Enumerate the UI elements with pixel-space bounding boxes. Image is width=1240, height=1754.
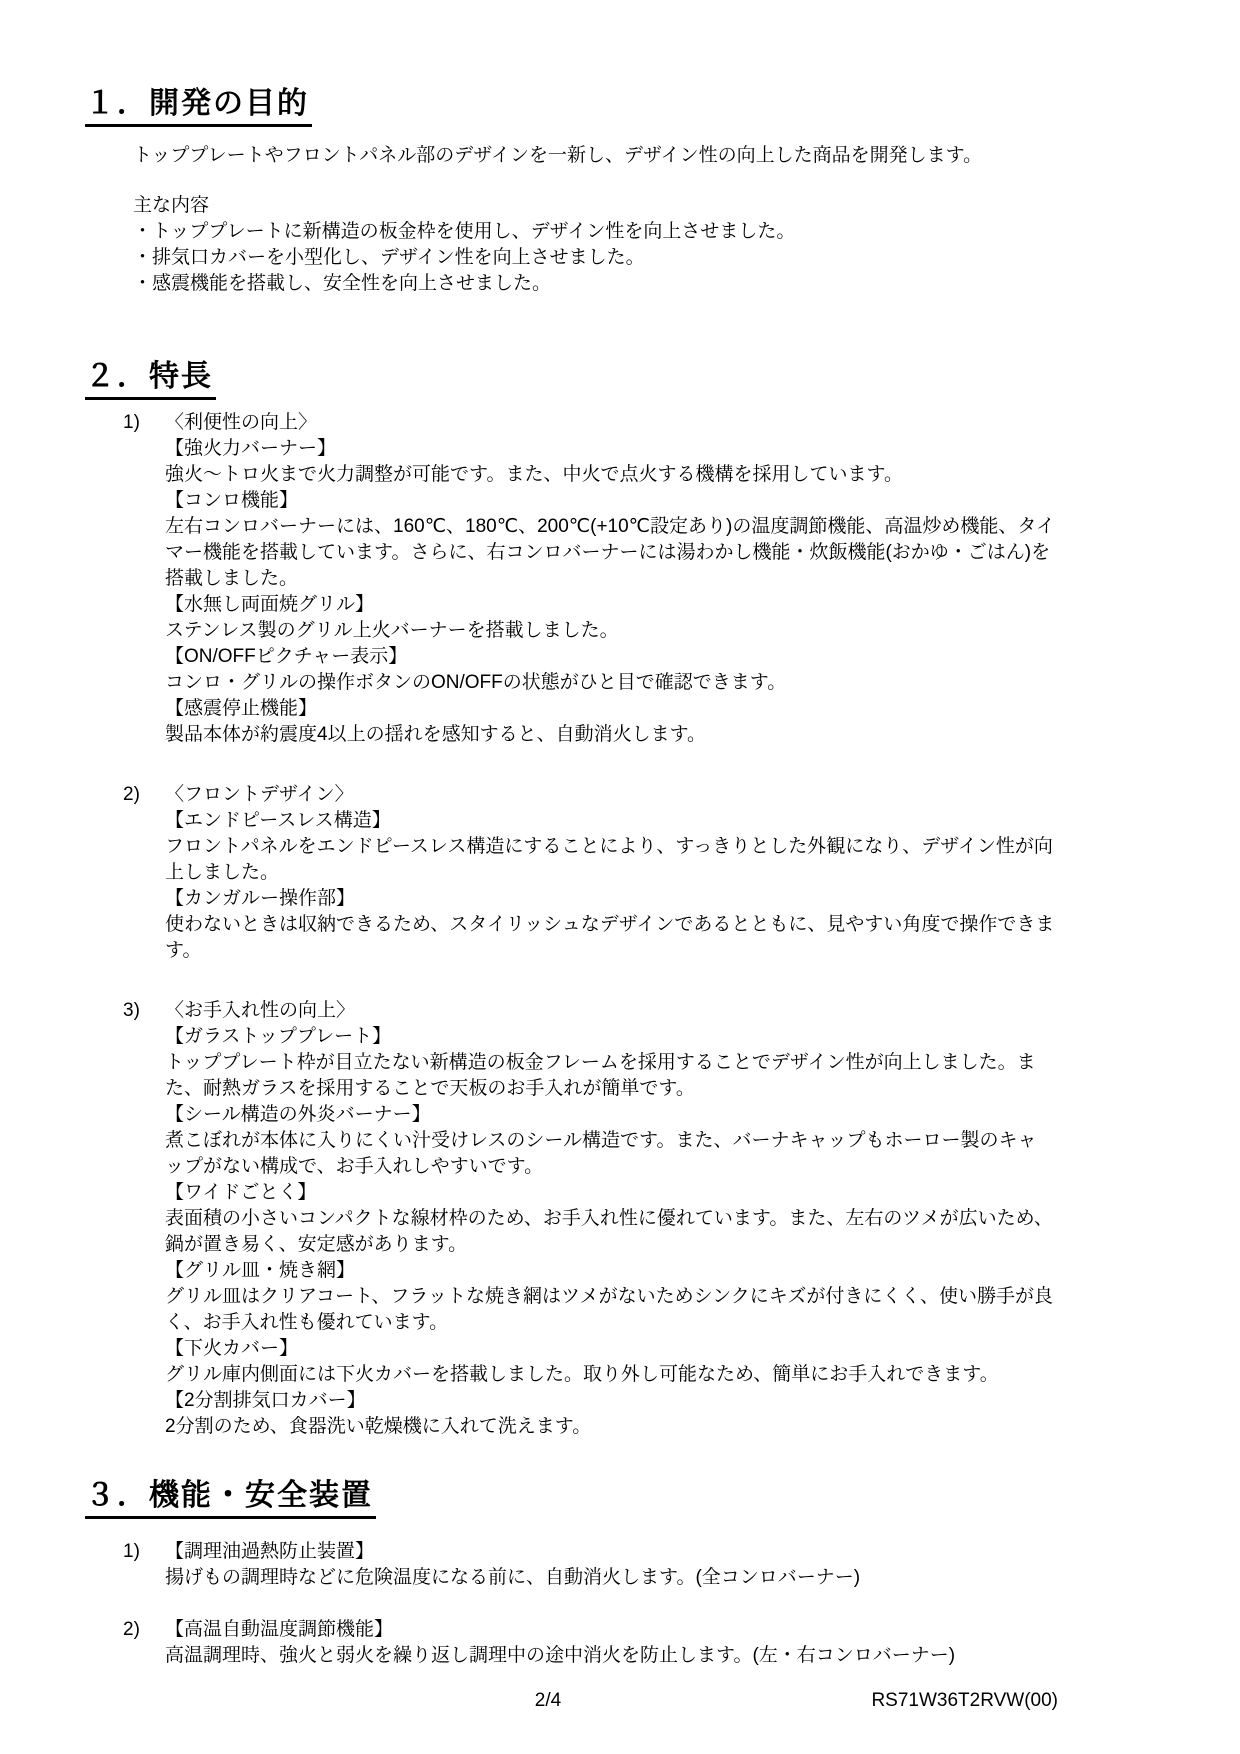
item-number: 1) — [123, 1539, 165, 1591]
feature-subtitle: 【2分割排気口カバー】 — [165, 1388, 1055, 1414]
section-1-bullet-1: ・トッププレートに新構造の板金枠を使用し、デザイン性を向上させました。 — [133, 219, 1063, 245]
feature-subtitle: 【ワイドごとく】 — [165, 1180, 1055, 1206]
feature-item-front-design: 2) 〈フロントデザイン〉 【エンドピースレス構造】 フロントパネルをエンドピー… — [123, 782, 1240, 964]
feature-text: 2分割のため、食器洗い乾燥機に入れて洗えます。 — [165, 1414, 1055, 1440]
section-1-heading: １．開発の目的 — [85, 86, 1240, 127]
feature-text: グリル皿はクリアコート、フラットな焼き網はツメがないためシンクにキズが付きにくく… — [165, 1284, 1055, 1336]
feature-text: 使わないときは収納できるため、スタイリッシュなデザインであるとともに、見やすい角… — [165, 912, 1055, 964]
feature-text: 煮こぼれが本体に入りにくい汁受けレスのシール構造です。また、バーナキャップもホー… — [165, 1128, 1055, 1180]
feature-subtitle: 【水無し両面焼グリル】 — [165, 592, 1055, 618]
feature-text: コンロ・グリルの操作ボタンのON/OFFの状態がひと目で確認できます。 — [165, 670, 1055, 696]
section-1-heading-text: １．開発の目的 — [85, 86, 312, 127]
item-body: 〈お手入れ性の向上〉 【ガラストッププレート】 トッププレート枠が目立たない新構… — [165, 998, 1055, 1440]
feature-text: 揚げもの調理時などに危険温度になる前に、自動消火します。(全コンロバーナー) — [165, 1565, 1055, 1591]
feature-item-convenience: 1) 〈利便性の向上〉 【強火力バーナー】 強火～トロ火まで火力調整が可能です。… — [123, 410, 1240, 748]
feature-text: 表面積の小さいコンパクトな線材枠のため、お手入れ性に優れています。また、左右のツ… — [165, 1206, 1055, 1258]
feature-text: 左右コンロバーナーには、160℃、180℃、200℃(+10℃設定あり)の温度調… — [165, 514, 1055, 592]
item-number: 2) — [123, 782, 165, 964]
feature-text: グリル庫内側面には下火カバーを搭載しました。取り外し可能なため、簡単にお手入れで… — [165, 1362, 1055, 1388]
feature-text: フロントパネルをエンドピースレス構造にすることにより、すっきりとした外観になり、… — [165, 834, 1055, 886]
feature-subtitle: 【感震停止機能】 — [165, 696, 1055, 722]
feature-text: トッププレート枠が目立たない新構造の板金フレームを採用することでデザイン性が向上… — [165, 1050, 1055, 1102]
feature-subtitle: 【シール構造の外炎バーナー】 — [165, 1102, 1055, 1128]
item-number: 3) — [123, 998, 165, 1440]
safety-item-auto-temp: 2) 【高温自動温度調節機能】 高温調理時、強火と弱火を繰り返し調理中の途中消火… — [123, 1617, 1240, 1669]
item-title: 【高温自動温度調節機能】 — [165, 1617, 1055, 1643]
item-body: 【調理油過熱防止装置】 揚げもの調理時などに危険温度になる前に、自動消火します。… — [165, 1539, 1055, 1591]
safety-item-oil-overheat: 1) 【調理油過熱防止装置】 揚げもの調理時などに危険温度になる前に、自動消火し… — [123, 1539, 1240, 1591]
section-1-subheading: 主な内容 — [133, 193, 1063, 219]
feature-subtitle: 【カンガルー操作部】 — [165, 886, 1055, 912]
feature-subtitle: 【グリル皿・焼き網】 — [165, 1258, 1055, 1284]
item-title: 〈フロントデザイン〉 — [165, 782, 1055, 808]
feature-subtitle: 【エンドピースレス構造】 — [165, 808, 1055, 834]
feature-text: ステンレス製のグリル上火バーナーを搭載しました。 — [165, 618, 1055, 644]
feature-text: 強火～トロ火まで火力調整が可能です。また、中火で点火する機構を採用しています。 — [165, 462, 1055, 488]
section-2-heading-text: ２．特長 — [85, 359, 216, 400]
section-3-heading-text: ３．機能・安全装置 — [85, 1478, 376, 1519]
section-3-heading: ３．機能・安全装置 — [85, 1478, 1240, 1519]
feature-text: 高温調理時、強火と弱火を繰り返し調理中の途中消火を防止します。(左・右コンロバー… — [165, 1643, 1055, 1669]
section-1-bullet-3: ・感震機能を搭載し、安全性を向上させました。 — [133, 271, 1063, 297]
footer-page-number: 2/4 — [508, 1690, 588, 1712]
feature-subtitle: 【下火カバー】 — [165, 1336, 1055, 1362]
footer-doc-number: RS71W36T2RVW(00) — [871, 1690, 1058, 1712]
document-page: １．開発の目的 トッププレートやフロントパネル部のデザインを一新し、デザイン性の… — [0, 0, 1240, 1754]
feature-subtitle: 【ガラストッププレート】 — [165, 1024, 1055, 1050]
feature-subtitle: 【コンロ機能】 — [165, 488, 1055, 514]
item-number: 2) — [123, 1617, 165, 1669]
feature-subtitle: 【強火力バーナー】 — [165, 436, 1055, 462]
item-title: 〈お手入れ性の向上〉 — [165, 998, 1055, 1024]
feature-item-easy-care: 3) 〈お手入れ性の向上〉 【ガラストッププレート】 トッププレート枠が目立たな… — [123, 998, 1240, 1440]
item-number: 1) — [123, 410, 165, 748]
feature-text: 製品本体が約震度4以上の揺れを感知すると、自動消火します。 — [165, 722, 1055, 748]
feature-subtitle: 【ON/OFFピクチャー表示】 — [165, 644, 1055, 670]
item-body: 〈利便性の向上〉 【強火力バーナー】 強火～トロ火まで火力調整が可能です。また、… — [165, 410, 1055, 748]
section-1-intro: トッププレートやフロントパネル部のデザインを一新し、デザイン性の向上した商品を開… — [133, 143, 1063, 169]
item-title: 〈利便性の向上〉 — [165, 410, 1055, 436]
item-body: 【高温自動温度調節機能】 高温調理時、強火と弱火を繰り返し調理中の途中消火を防止… — [165, 1617, 1055, 1669]
item-title: 【調理油過熱防止装置】 — [165, 1539, 1055, 1565]
section-2-heading: ２．特長 — [85, 359, 1240, 400]
item-body: 〈フロントデザイン〉 【エンドピースレス構造】 フロントパネルをエンドピースレス… — [165, 782, 1055, 964]
section-1-bullet-2: ・排気口カバーを小型化し、デザイン性を向上させました。 — [133, 245, 1063, 271]
